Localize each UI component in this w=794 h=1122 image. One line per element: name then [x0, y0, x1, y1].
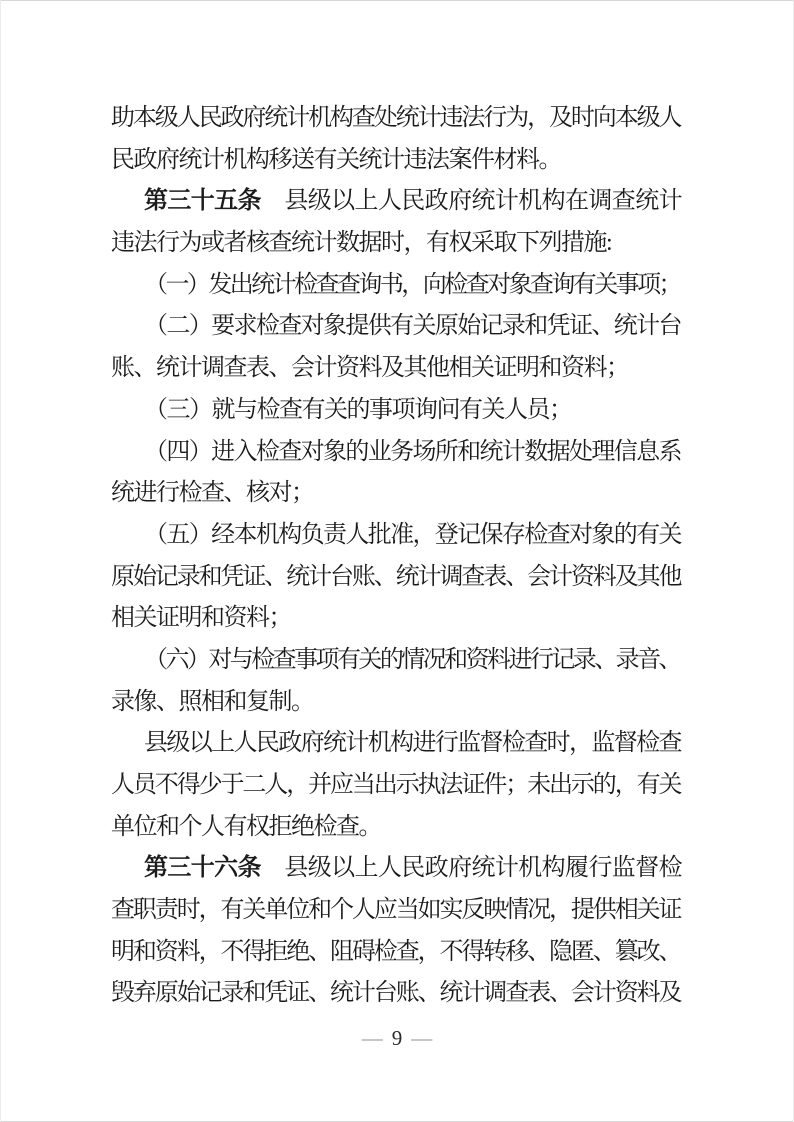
text-line: 统进行检查、核对；	[111, 473, 681, 515]
line-text: 民政府统计机构移送有关统计违法案件材料。	[111, 147, 561, 173]
line-text: （一）发出统计检查查询书，向检查对象查询有关事项；	[144, 272, 680, 298]
line-text: 相关证明和资料；	[111, 605, 291, 631]
text-line: 第三十六条 县级以上人民政府统计机构履行监督检	[111, 848, 681, 890]
text-line: （五）经本机构负责人批准，登记保存检查对象的有关	[111, 515, 681, 557]
line-text: 人员不得少于二人，并应当出示执法证件；未出示的，有关	[111, 772, 680, 798]
page-top-edge	[1, 0, 793, 1]
line-text: 单位和个人有权拒绝检查。	[111, 814, 381, 840]
line-text: 录像、照相和复制。	[111, 689, 314, 715]
text-line: 录像、照相和复制。	[111, 682, 681, 724]
text-line: 第三十五条 县级以上人民政府统计机构在调查统计	[111, 181, 681, 223]
line-text: 县级以上人民政府统计机构进行监督检查时，监督检查	[144, 730, 681, 756]
line-text: 毁弃原始记录和凭证、统计台账、统计调查表、会计资料及	[111, 980, 680, 1006]
text-line: 单位和个人有权拒绝检查。	[111, 807, 681, 849]
document-body: 助本级人民政府统计机构查处统计违法行为，及时向本级人民政府统计机构移送有关统计违…	[111, 98, 681, 1015]
text-line: （一）发出统计检查查询书，向检查对象查询有关事项；	[111, 265, 681, 307]
line-text: （四）进入检查对象的业务场所和统计数据处理信息系	[144, 439, 681, 465]
footer-dash-left: —	[362, 1026, 383, 1050]
line-text: 违法行为或者核查统计数据时，有权采取下列措施:	[111, 230, 611, 256]
line-text: （五）经本机构负责人批准，登记保存检查对象的有关	[144, 522, 681, 548]
document-page: 助本级人民政府统计机构查处统计违法行为，及时向本级人民政府统计机构移送有关统计违…	[0, 0, 794, 1122]
text-line: （四）进入检查对象的业务场所和统计数据处理信息系	[111, 432, 681, 474]
footer-dash-right: —	[411, 1026, 432, 1050]
page-number: 9	[383, 1026, 412, 1050]
text-line: 助本级人民政府统计机构查处统计违法行为，及时向本级人	[111, 98, 681, 140]
text-line: （二）要求检查对象提供有关原始记录和凭证、统计台	[111, 306, 681, 348]
line-text: 查职责时，有关单位和个人应当如实反映情况，提供相关证	[111, 897, 680, 923]
line-text: （三）就与检查有关的事项询问有关人员；	[144, 397, 572, 423]
line-text: 县级以上人民政府统计机构在调查统计	[261, 188, 682, 214]
text-line: 相关证明和资料；	[111, 598, 681, 640]
line-text: 明和资料，不得拒绝、阻碍检查，不得转移、隐匿、篡改、	[111, 939, 680, 965]
line-text: 县级以上人民政府统计机构履行监督检	[261, 855, 682, 881]
line-text: 助本级人民政府统计机构查处统计违法行为，及时向本级人	[111, 105, 680, 131]
line-text: 统进行检查、核对；	[111, 480, 314, 506]
line-text: 账、统计调查表、会计资料及其他相关证明和资料；	[111, 355, 629, 381]
line-text: （六）对与检查事项有关的情况和资料进行记录、录音、	[144, 647, 680, 673]
article-number: 第三十五条	[144, 188, 261, 214]
text-line: 民政府统计机构移送有关统计违法案件材料。	[111, 140, 681, 182]
text-line: （六）对与检查事项有关的情况和资料进行记录、录音、	[111, 640, 681, 682]
text-line: 县级以上人民政府统计机构进行监督检查时，监督检查	[111, 723, 681, 765]
text-line: 原始记录和凭证、统计台账、统计调查表、会计资料及其他	[111, 557, 681, 599]
page-footer: —9—	[1, 1026, 793, 1051]
text-line: 违法行为或者核查统计数据时，有权采取下列措施:	[111, 223, 681, 265]
text-line: （三）就与检查有关的事项询问有关人员；	[111, 390, 681, 432]
text-line: 查职责时，有关单位和个人应当如实反映情况，提供相关证	[111, 890, 681, 932]
text-line: 账、统计调查表、会计资料及其他相关证明和资料；	[111, 348, 681, 390]
text-line: 人员不得少于二人，并应当出示执法证件；未出示的，有关	[111, 765, 681, 807]
line-text: 原始记录和凭证、统计台账、统计调查表、会计资料及其他	[111, 564, 680, 590]
text-line: 明和资料，不得拒绝、阻碍检查，不得转移、隐匿、篡改、	[111, 932, 681, 974]
line-text: （二）要求检查对象提供有关原始记录和凭证、统计台	[144, 313, 681, 339]
text-line: 毁弃原始记录和凭证、统计台账、统计调查表、会计资料及	[111, 973, 681, 1015]
article-number: 第三十六条	[144, 855, 261, 881]
